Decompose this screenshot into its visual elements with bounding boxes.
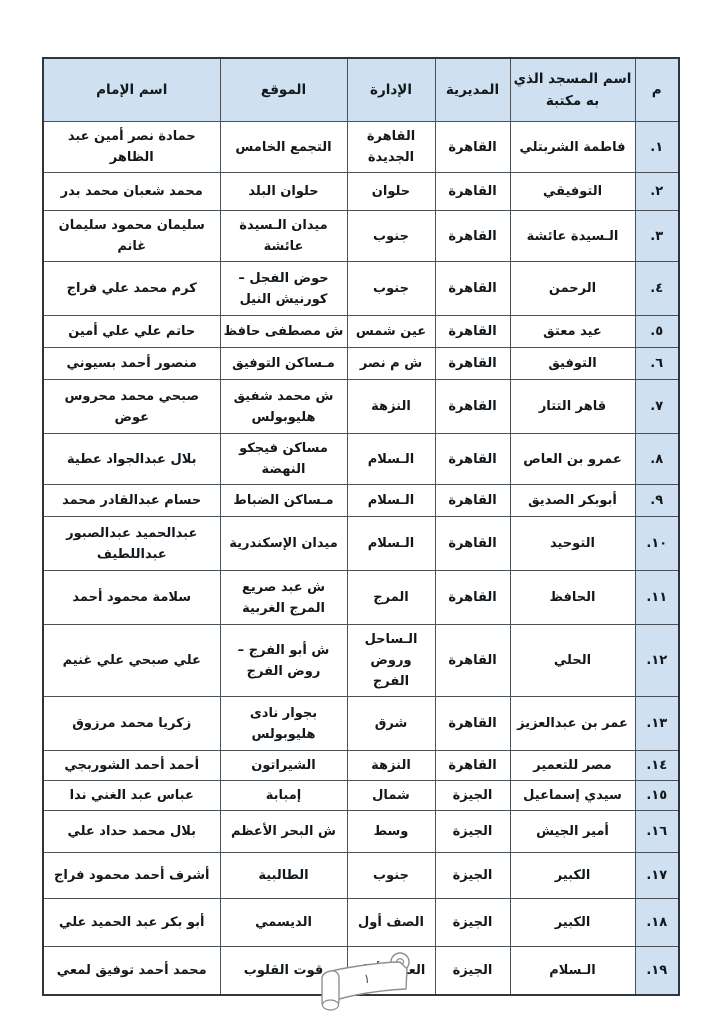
column-header-location: الموقع [220, 58, 347, 122]
cell-directorate: القاهرة [435, 122, 510, 173]
table-row: ٦. التوفيق القاهرة ش م نصر مـساكن التوفي… [43, 348, 679, 380]
cell-mosque-name: الرحمن [510, 262, 635, 316]
cell-imam-name: محمد شعبان محمد بدر [43, 173, 220, 211]
cell-row-number: ٧. [635, 380, 679, 434]
cell-directorate: الجيزة [435, 781, 510, 811]
cell-row-number: ١٧. [635, 853, 679, 899]
table-row: ٧. قاهر التتار القاهرة النزهة ش محمد شفي… [43, 380, 679, 434]
cell-admin: وسط [347, 811, 435, 853]
cell-row-number: ١٢. [635, 625, 679, 697]
cell-row-number: ١٥. [635, 781, 679, 811]
cell-location: إمبابة [220, 781, 347, 811]
cell-mosque-name: مصر للتعمير [510, 751, 635, 781]
cell-row-number: ٢. [635, 173, 679, 211]
cell-admin: النزهة [347, 380, 435, 434]
cell-directorate: القاهرة [435, 434, 510, 485]
cell-imam-name: محمد أحمد توفيق لمعي [43, 947, 220, 995]
cell-mosque-name: عيد معتق [510, 316, 635, 348]
table-row: ١٤. مصر للتعمير القاهرة النزهة الشيراتون… [43, 751, 679, 781]
cell-row-number: ١٠. [635, 517, 679, 571]
cell-location: ميدان الإسكندرية [220, 517, 347, 571]
cell-admin: عين شمس [347, 316, 435, 348]
cell-location: التجمع الخامس [220, 122, 347, 173]
cell-row-number: ٩. [635, 485, 679, 517]
cell-row-number: ٥. [635, 316, 679, 348]
column-header-imam-name: اسم الإمام [43, 58, 220, 122]
cell-imam-name: كرم محمد علي فراج [43, 262, 220, 316]
table-row: ١٢. الحلي القاهرة الـساحل وروض الفرج ش أ… [43, 625, 679, 697]
cell-directorate: القاهرة [435, 262, 510, 316]
cell-directorate: القاهرة [435, 751, 510, 781]
cell-location: الديسمي [220, 899, 347, 947]
mosque-library-table: م اسم المسجد الذي به مكتبة المديرية الإد… [42, 57, 680, 996]
cell-mosque-name: قاهر التتار [510, 380, 635, 434]
cell-imam-name: صبحي محمد محروس عوض [43, 380, 220, 434]
page-number: ١ [312, 972, 422, 987]
cell-imam-name: بلال عبدالجواد عطية [43, 434, 220, 485]
header-row: م اسم المسجد الذي به مكتبة المديرية الإد… [43, 58, 679, 122]
cell-mosque-name: الـسيدة عائشة [510, 211, 635, 262]
cell-location: ش البحر الأعظم [220, 811, 347, 853]
document-page: م اسم المسجد الذي به مكتبة المديرية الإد… [0, 0, 720, 1018]
cell-directorate: القاهرة [435, 485, 510, 517]
table-row: ٢. التوفيقي القاهرة حلوان حلوان البلد مح… [43, 173, 679, 211]
cell-admin: النزهة [347, 751, 435, 781]
cell-location: مساكن فيجكو النهضة [220, 434, 347, 485]
cell-location: ش عبد صريع المرج الغربية [220, 571, 347, 625]
cell-admin: شمال [347, 781, 435, 811]
cell-row-number: ١٨. [635, 899, 679, 947]
cell-directorate: القاهرة [435, 625, 510, 697]
column-header-directorate: المديرية [435, 58, 510, 122]
cell-imam-name: حاتم علي علي أمين [43, 316, 220, 348]
cell-row-number: ١٤. [635, 751, 679, 781]
table-row: ٤. الرحمن القاهرة جنوب حوض الفجل – كورني… [43, 262, 679, 316]
cell-admin: المرج [347, 571, 435, 625]
cell-admin: جنوب [347, 853, 435, 899]
cell-imam-name: عباس عبد الغني ندا [43, 781, 220, 811]
cell-row-number: ٦. [635, 348, 679, 380]
cell-directorate: القاهرة [435, 348, 510, 380]
table-header: م اسم المسجد الذي به مكتبة المديرية الإد… [43, 58, 679, 122]
cell-admin: ش م نصر [347, 348, 435, 380]
cell-imam-name: أشرف أحمد محمود فراج [43, 853, 220, 899]
cell-location: ميدان الـسيدة عائشة [220, 211, 347, 262]
cell-imam-name: أبو بكر عبد الحميد علي [43, 899, 220, 947]
table-row: ٨. عمرو بن العاص القاهرة الـسلام مساكن ف… [43, 434, 679, 485]
column-header-mosque-name: اسم المسجد الذي به مكتبة [510, 58, 635, 122]
cell-directorate: القاهرة [435, 173, 510, 211]
cell-location: حلوان البلد [220, 173, 347, 211]
cell-admin: الـسلام [347, 517, 435, 571]
cell-imam-name: منصور أحمد بسيوني [43, 348, 220, 380]
cell-mosque-name: أمير الجيش [510, 811, 635, 853]
table-row: ٥. عيد معتق القاهرة عين شمس ش مصطفى حافظ… [43, 316, 679, 348]
cell-row-number: ٣. [635, 211, 679, 262]
cell-directorate: الجيزة [435, 811, 510, 853]
cell-directorate: القاهرة [435, 316, 510, 348]
cell-mosque-name: التوفيقي [510, 173, 635, 211]
table-row: ٩. أبوبكر الصديق القاهرة الـسلام مـساكن … [43, 485, 679, 517]
table-row: ١٠. التوحيد القاهرة الـسلام ميدان الإسكن… [43, 517, 679, 571]
table-row: ٣. الـسيدة عائشة القاهرة جنوب ميدان الـس… [43, 211, 679, 262]
cell-mosque-name: عمرو بن العاص [510, 434, 635, 485]
cell-mosque-name: الحلي [510, 625, 635, 697]
page-footer-ornament: ١ [312, 945, 422, 1013]
cell-location: حوض الفجل – كورنيش النيل [220, 262, 347, 316]
cell-directorate: الجيزة [435, 853, 510, 899]
cell-mosque-name: سيدي إسماعيل [510, 781, 635, 811]
cell-location: ش أبو الفرج – روض الفرج [220, 625, 347, 697]
cell-imam-name: علي صبحي علي غنيم [43, 625, 220, 697]
table-row: ١٨. الكبير الجيزة الصف أول الديسمي أبو ب… [43, 899, 679, 947]
cell-location: ش محمد شفيق هليوبولس [220, 380, 347, 434]
cell-mosque-name: عمر بن عبدالعزيز [510, 697, 635, 751]
table-row: ١٧. الكبير الجيزة جنوب الطالبية أشرف أحم… [43, 853, 679, 899]
cell-imam-name: حسام عبدالقادر محمد [43, 485, 220, 517]
cell-mosque-name: الـسلام [510, 947, 635, 995]
cell-admin: شرق [347, 697, 435, 751]
cell-row-number: ١٩. [635, 947, 679, 995]
cell-row-number: ١. [635, 122, 679, 173]
cell-directorate: الجيزة [435, 899, 510, 947]
cell-mosque-name: التوفيق [510, 348, 635, 380]
table-row: ١٦. أمير الجيش الجيزة وسط ش البحر الأعظم… [43, 811, 679, 853]
cell-location: الطالبية [220, 853, 347, 899]
cell-location: الشيراتون [220, 751, 347, 781]
cell-directorate: القاهرة [435, 697, 510, 751]
cell-admin: حلوان [347, 173, 435, 211]
cell-mosque-name: الحافظ [510, 571, 635, 625]
cell-location: مـساكن الضباط [220, 485, 347, 517]
cell-row-number: ٨. [635, 434, 679, 485]
cell-mosque-name: فاطمة الشربتلي [510, 122, 635, 173]
cell-admin: القاهرة الجديدة [347, 122, 435, 173]
cell-location: بجوار نادى هليوبولس [220, 697, 347, 751]
cell-mosque-name: التوحيد [510, 517, 635, 571]
cell-location: مـساكن التوفيق [220, 348, 347, 380]
cell-location: ش مصطفى حافظ [220, 316, 347, 348]
cell-row-number: ١٦. [635, 811, 679, 853]
cell-imam-name: زكريا محمد مرزوق [43, 697, 220, 751]
cell-mosque-name: الكبير [510, 853, 635, 899]
cell-mosque-name: أبوبكر الصديق [510, 485, 635, 517]
column-header-admin: الإدارة [347, 58, 435, 122]
table-body: ١. فاطمة الشربتلي القاهرة القاهرة الجديد… [43, 122, 679, 995]
cell-imam-name: أحمد أحمد الشوربجي [43, 751, 220, 781]
cell-mosque-name: الكبير [510, 899, 635, 947]
cell-directorate: القاهرة [435, 380, 510, 434]
cell-directorate: القاهرة [435, 571, 510, 625]
cell-row-number: ١٣. [635, 697, 679, 751]
table-row: ١٥. سيدي إسماعيل الجيزة شمال إمبابة عباس… [43, 781, 679, 811]
cell-directorate: القاهرة [435, 517, 510, 571]
cell-admin: جنوب [347, 262, 435, 316]
cell-row-number: ١١. [635, 571, 679, 625]
cell-admin: الـسلام [347, 485, 435, 517]
column-header-number: م [635, 58, 679, 122]
cell-admin: الصف أول [347, 899, 435, 947]
cell-imam-name: سلامة محمود أحمد [43, 571, 220, 625]
cell-admin: الـساحل وروض الفرج [347, 625, 435, 697]
cell-imam-name: حمادة نصر أمين عبد الظاهر [43, 122, 220, 173]
cell-imam-name: بلال محمد حداد علي [43, 811, 220, 853]
cell-imam-name: سليمان محمود سليمان غانم [43, 211, 220, 262]
cell-row-number: ٤. [635, 262, 679, 316]
table-row: ١١. الحافظ القاهرة المرج ش عبد صريع المر… [43, 571, 679, 625]
cell-directorate: القاهرة [435, 211, 510, 262]
cell-admin: جنوب [347, 211, 435, 262]
cell-admin: الـسلام [347, 434, 435, 485]
table-row: ١. فاطمة الشربتلي القاهرة القاهرة الجديد… [43, 122, 679, 173]
table-row: ١٣. عمر بن عبدالعزيز القاهرة شرق بجوار ن… [43, 697, 679, 751]
cell-directorate: الجيزة [435, 947, 510, 995]
cell-imam-name: عبدالحميد عبدالصبور عبداللطيف [43, 517, 220, 571]
